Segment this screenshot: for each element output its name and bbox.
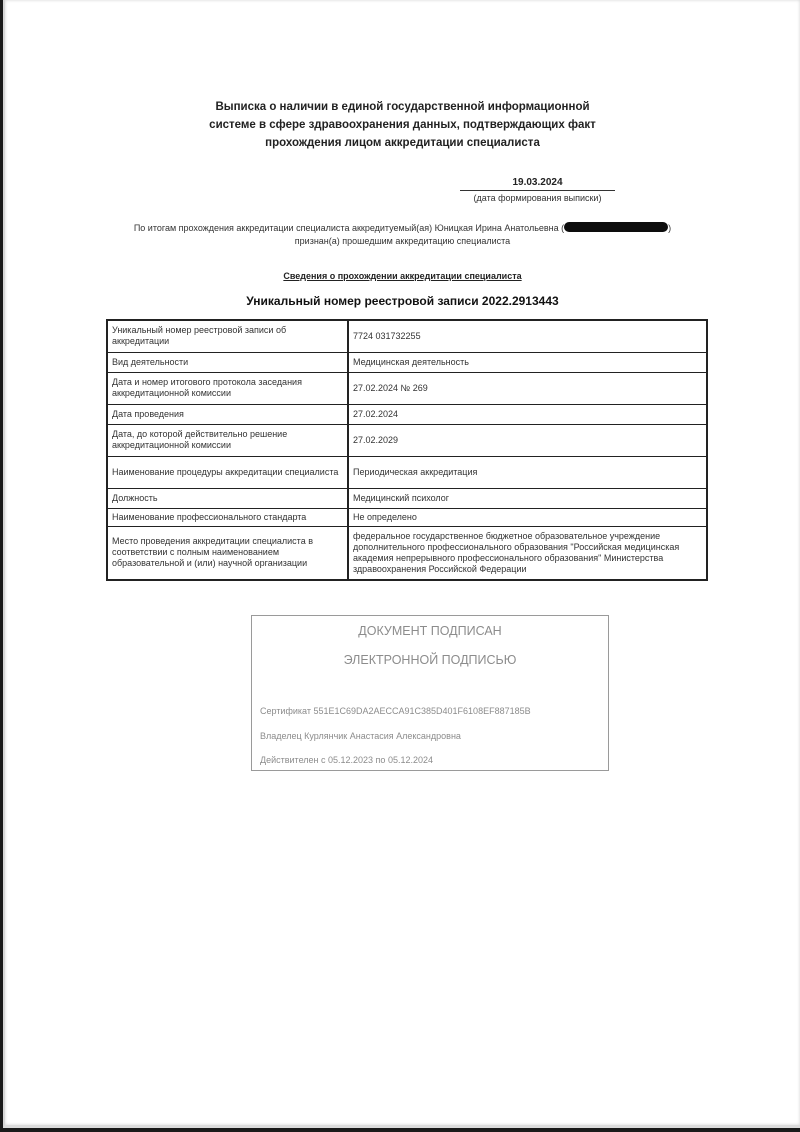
row-label: Дата и номер итогового протокола заседан…	[107, 372, 348, 404]
table-row: Наименование процедуры аккредитации спец…	[107, 456, 707, 488]
title-line: прохождения лицом аккредитации специалис…	[5, 134, 800, 152]
row-value: 7724 031732255	[348, 320, 707, 352]
registry-number-heading: Уникальный номер реестровой записи 2022.…	[5, 294, 800, 308]
title-line: системе в сфере здравоохранения данных, …	[5, 116, 800, 134]
row-label: Уникальный номер реестровой записи об ак…	[107, 320, 348, 352]
row-label: Должность	[107, 488, 348, 508]
row-value: 27.02.2024	[348, 404, 707, 424]
table-row: Уникальный номер реестровой записи об ак…	[107, 320, 707, 352]
row-value: Медицинская деятельность	[348, 352, 707, 372]
row-value: Не определено	[348, 508, 707, 526]
table-row: Дата проведения 27.02.2024	[107, 404, 707, 424]
row-label: Дата проведения	[107, 404, 348, 424]
row-value: 27.02.2024 № 269	[348, 372, 707, 404]
row-label: Наименование профессионального стандарта	[107, 508, 348, 526]
row-label: Наименование процедуры аккредитации спец…	[107, 456, 348, 488]
signature-validity: Действителен с 05.12.2023 по 05.12.2024	[260, 755, 433, 765]
intro-text: По итогам прохождения аккредитации специ…	[134, 223, 564, 233]
table-row: Место проведения аккредитации специалист…	[107, 526, 707, 580]
intro-text-line2: признан(а) прошедшим аккредитацию специа…	[5, 235, 800, 248]
table-row: Дата, до которой действительно решение а…	[107, 424, 707, 456]
table-row: Наименование профессионального стандарта…	[107, 508, 707, 526]
row-value: 27.02.2029	[348, 424, 707, 456]
intro-text-suffix: )	[668, 223, 671, 233]
row-label: Вид деятельности	[107, 352, 348, 372]
signature-certificate: Сертификат 551E1C69DA2AECCA91C385D401F61…	[260, 706, 531, 716]
row-value: федеральное государственное бюджетное об…	[348, 526, 707, 580]
row-label: Место проведения аккредитации специалист…	[107, 526, 348, 580]
issue-date: 19.03.2024	[460, 176, 615, 191]
document-title: Выписка о наличии в единой государственн…	[5, 98, 800, 152]
intro-paragraph: По итогам прохождения аккредитации специ…	[5, 222, 800, 248]
section-heading: Сведения о прохождении аккредитации спец…	[5, 271, 800, 281]
table-row: Вид деятельности Медицинская деятельност…	[107, 352, 707, 372]
title-line: Выписка о наличии в единой государственн…	[5, 98, 800, 116]
document-page: Выписка о наличии в единой государственн…	[3, 0, 800, 1128]
table-row: Должность Медицинский психолог	[107, 488, 707, 508]
issue-date-block: 19.03.2024 (дата формирования выписки)	[460, 176, 615, 205]
table-row: Дата и номер итогового протокола заседан…	[107, 372, 707, 404]
accreditation-table: Уникальный номер реестровой записи об ак…	[106, 319, 708, 581]
redaction-mark	[564, 222, 668, 232]
signature-owner: Владелец Курлянчик Анастасия Александров…	[260, 731, 461, 741]
signature-title-line2: ЭЛЕКТРОННОЙ ПОДПИСЬЮ	[252, 653, 608, 667]
electronic-signature-stamp: ДОКУМЕНТ ПОДПИСАН ЭЛЕКТРОННОЙ ПОДПИСЬЮ С…	[251, 615, 609, 771]
row-label: Дата, до которой действительно решение а…	[107, 424, 348, 456]
signature-title-line1: ДОКУМЕНТ ПОДПИСАН	[252, 624, 608, 638]
row-value: Периодическая аккредитация	[348, 456, 707, 488]
issue-date-caption: (дата формирования выписки)	[460, 192, 615, 205]
row-value: Медицинский психолог	[348, 488, 707, 508]
